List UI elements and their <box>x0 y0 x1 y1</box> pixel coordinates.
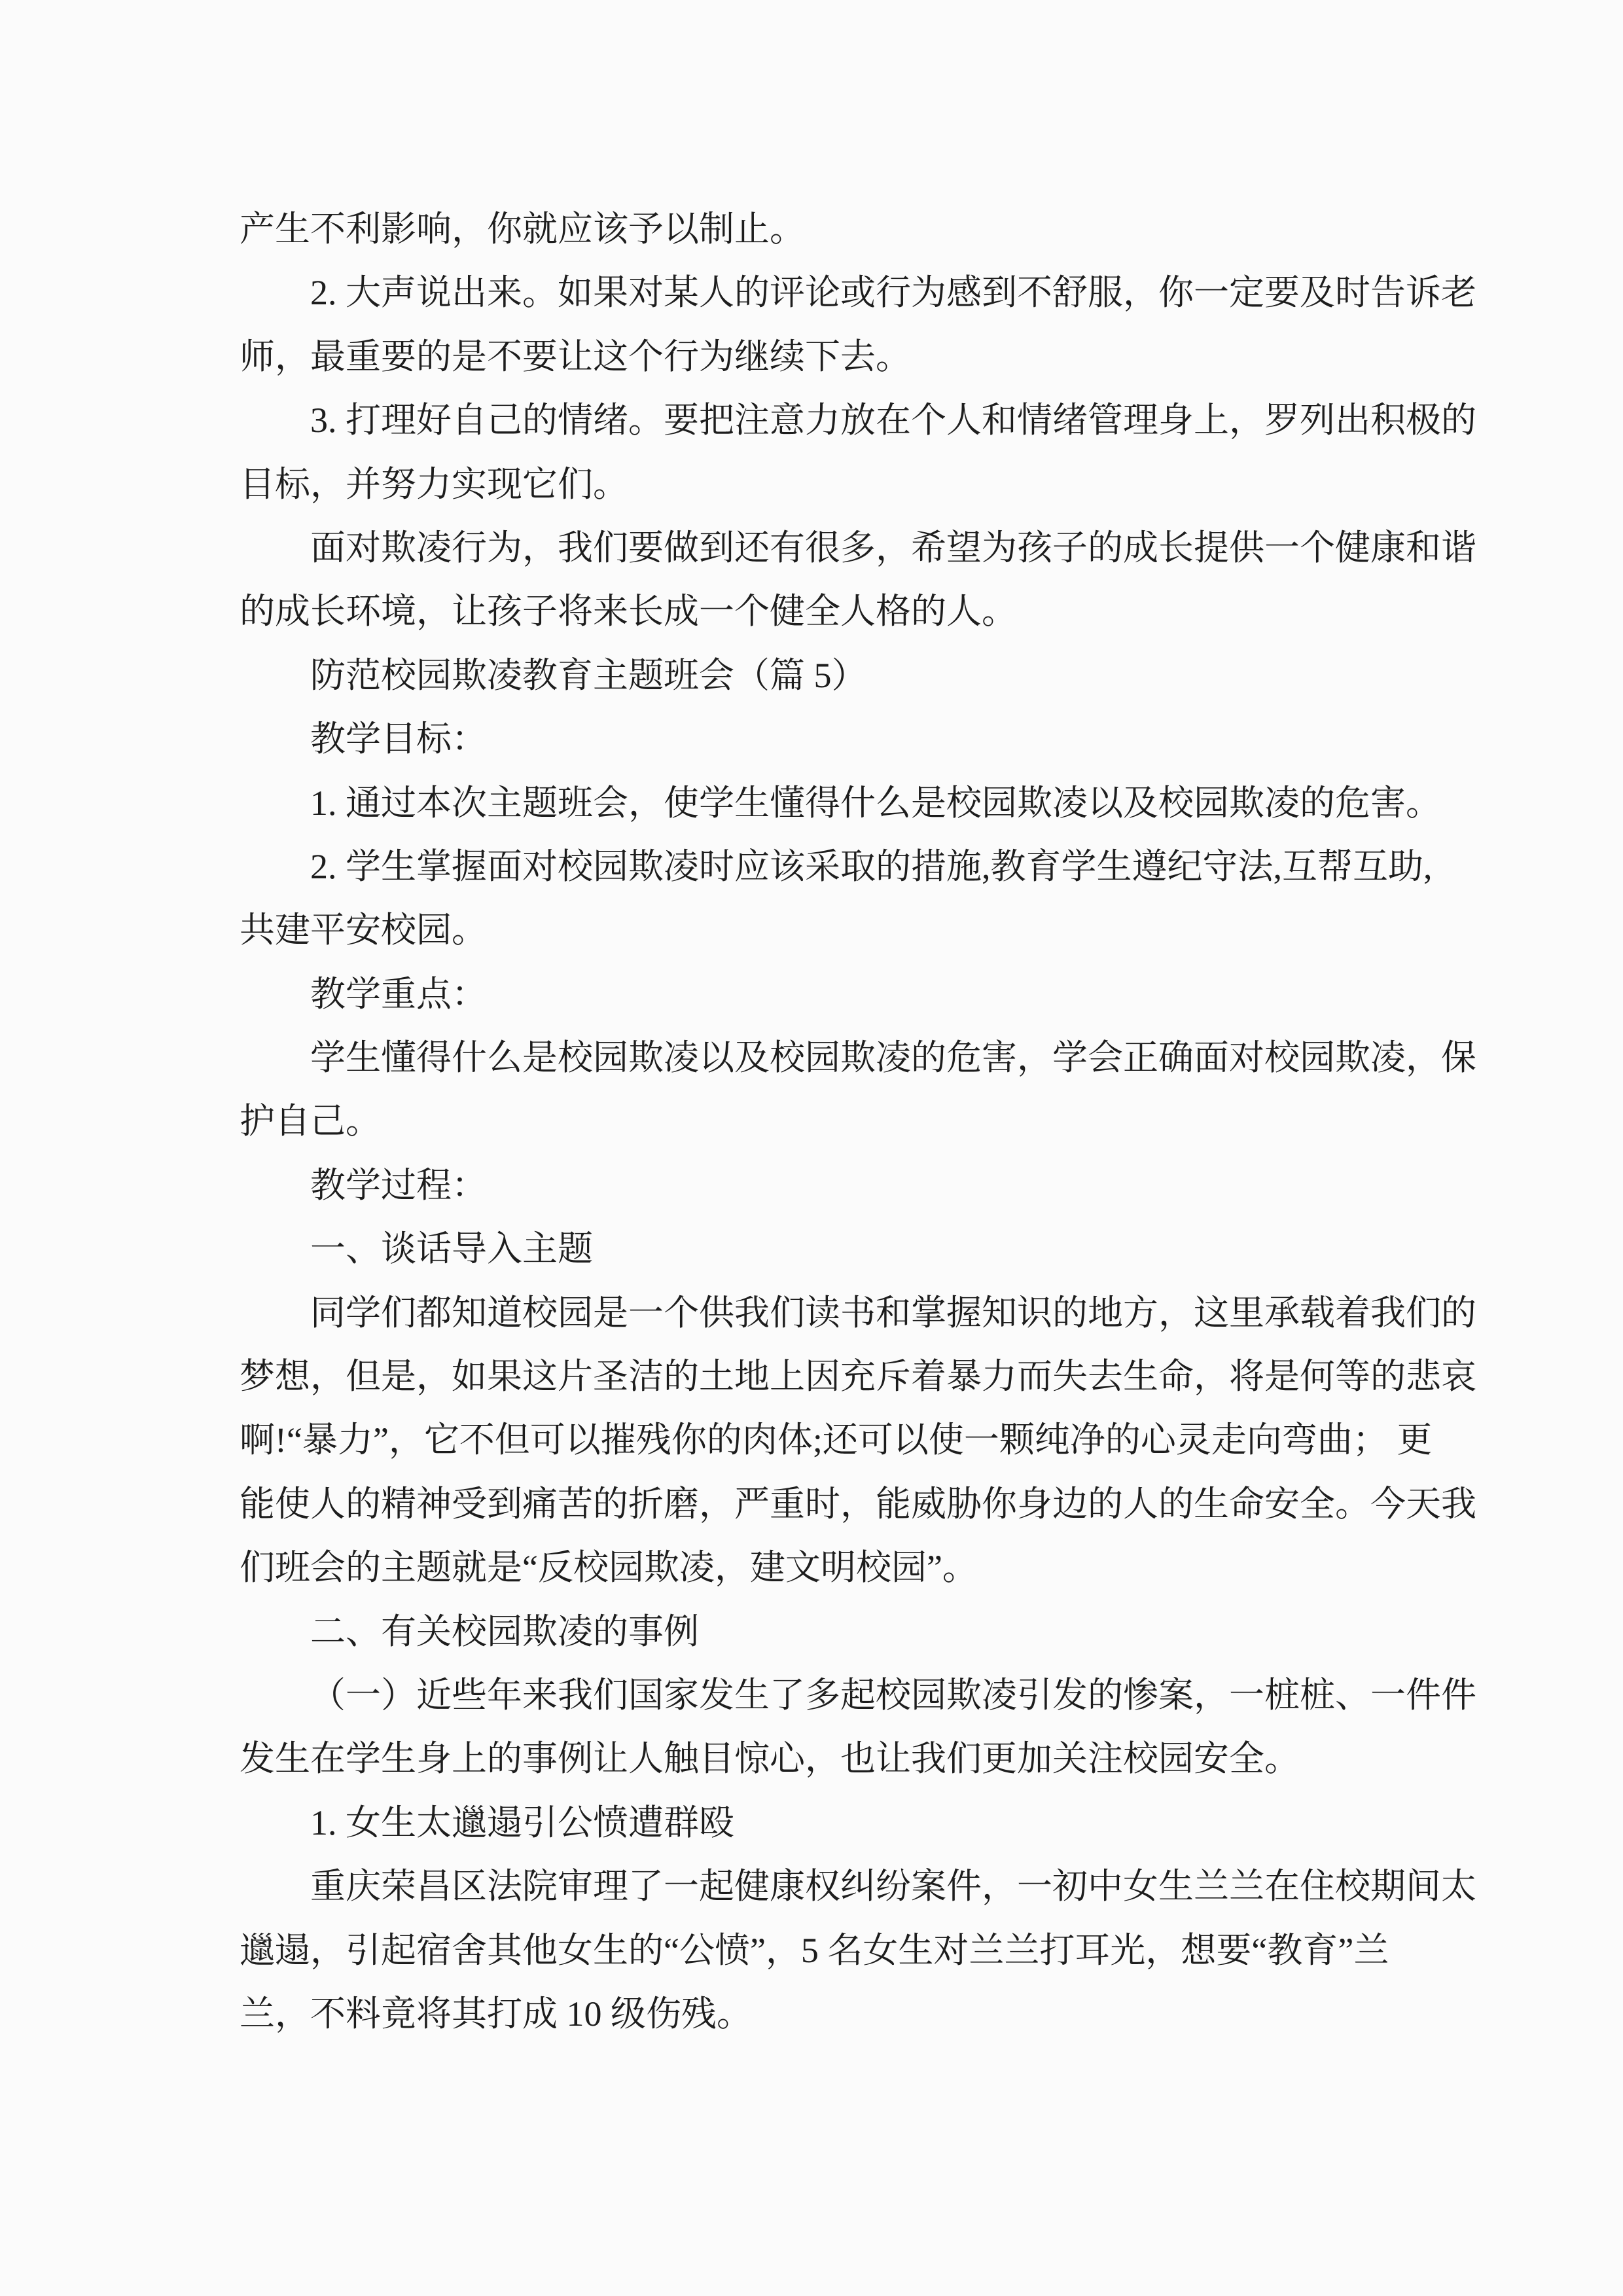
text-line: 学生懂得什么是校园欺凌以及校园欺凌的危害，学会正确面对校园欺凌，保 <box>240 1026 1433 1090</box>
text-line: 二、有关校园欺凌的事例 <box>240 1600 1433 1664</box>
text-line: 兰，不料竟将其打成 10 级伤残。 <box>240 1982 1433 2046</box>
text-line: 3. 打理好自己的情绪。要把注意力放在个人和情绪管理身上，罗列出积极的 <box>240 389 1433 452</box>
text-line: 产生不利影响，你就应该予以制止。 <box>240 198 1433 261</box>
text-line: 们班会的主题就是“反校园欺凌，建文明校园”。 <box>240 1536 1433 1600</box>
text-line: 护自己。 <box>240 1090 1433 1153</box>
text-line: 同学们都知道校园是一个供我们读书和掌握知识的地方，这里承载着我们的 <box>240 1282 1433 1345</box>
document-text-block: 产生不利影响，你就应该予以制止。2. 大声说出来。如果对某人的评论或行为感到不舒… <box>240 198 1433 2046</box>
text-line: 梦想，但是，如果这片圣洁的土地上因充斥着暴力而失去生命，将是何等的悲哀 <box>240 1345 1433 1408</box>
text-line: 邋遢，引起宿舍其他女生的“公愤”，5 名女生对兰兰打耳光，想要“教育”兰 <box>240 1919 1433 1982</box>
text-line: 教学目标： <box>240 708 1433 771</box>
text-line: 能使人的精神受到痛苦的折磨，严重时，能威胁你身边的人的生命安全。今天我 <box>240 1473 1433 1536</box>
text-line: 目标，并努力实现它们。 <box>240 453 1433 516</box>
text-line: 重庆荣昌区法院审理了一起健康权纠纷案件，一初中女生兰兰在住校期间太 <box>240 1855 1433 1918</box>
document-page: 产生不利影响，你就应该予以制止。2. 大声说出来。如果对某人的评论或行为感到不舒… <box>0 0 1623 2296</box>
text-line: 2. 学生掌握面对校园欺凌时应该采取的措施,教育学生遵纪守法,互帮互助, <box>240 835 1433 899</box>
text-line: 共建平安校园。 <box>240 899 1433 962</box>
text-line: 的成长环境，让孩子将来长成一个健全人格的人。 <box>240 580 1433 643</box>
text-line: 防范校园欺凌教育主题班会（篇 5） <box>240 644 1433 708</box>
text-line: （一）近些年来我们国家发生了多起校园欺凌引发的惨案，一桩桩、一件件 <box>240 1664 1433 1727</box>
text-line: 教学过程： <box>240 1154 1433 1217</box>
text-line: 师，最重要的是不要让这个行为继续下去。 <box>240 325 1433 389</box>
text-line: 一、谈话导入主题 <box>240 1217 1433 1281</box>
text-line: 1. 女生太邋遢引公愤遭群殴 <box>240 1791 1433 1855</box>
text-line: 教学重点： <box>240 963 1433 1026</box>
text-line: 2. 大声说出来。如果对某人的评论或行为感到不舒服，你一定要及时告诉老 <box>240 261 1433 325</box>
text-line: 啊!“暴力”，它不但可以摧残你的肉体;还可以使一颗纯净的心灵走向弯曲； 更 <box>240 1408 1433 1472</box>
text-line: 面对欺凌行为，我们要做到还有很多，希望为孩子的成长提供一个健康和谐 <box>240 516 1433 580</box>
text-line: 1. 通过本次主题班会，使学生懂得什么是校园欺凌以及校园欺凌的危害。 <box>240 772 1433 835</box>
text-line: 发生在学生身上的事例让人触目惊心，也让我们更加关注校园安全。 <box>240 1727 1433 1791</box>
